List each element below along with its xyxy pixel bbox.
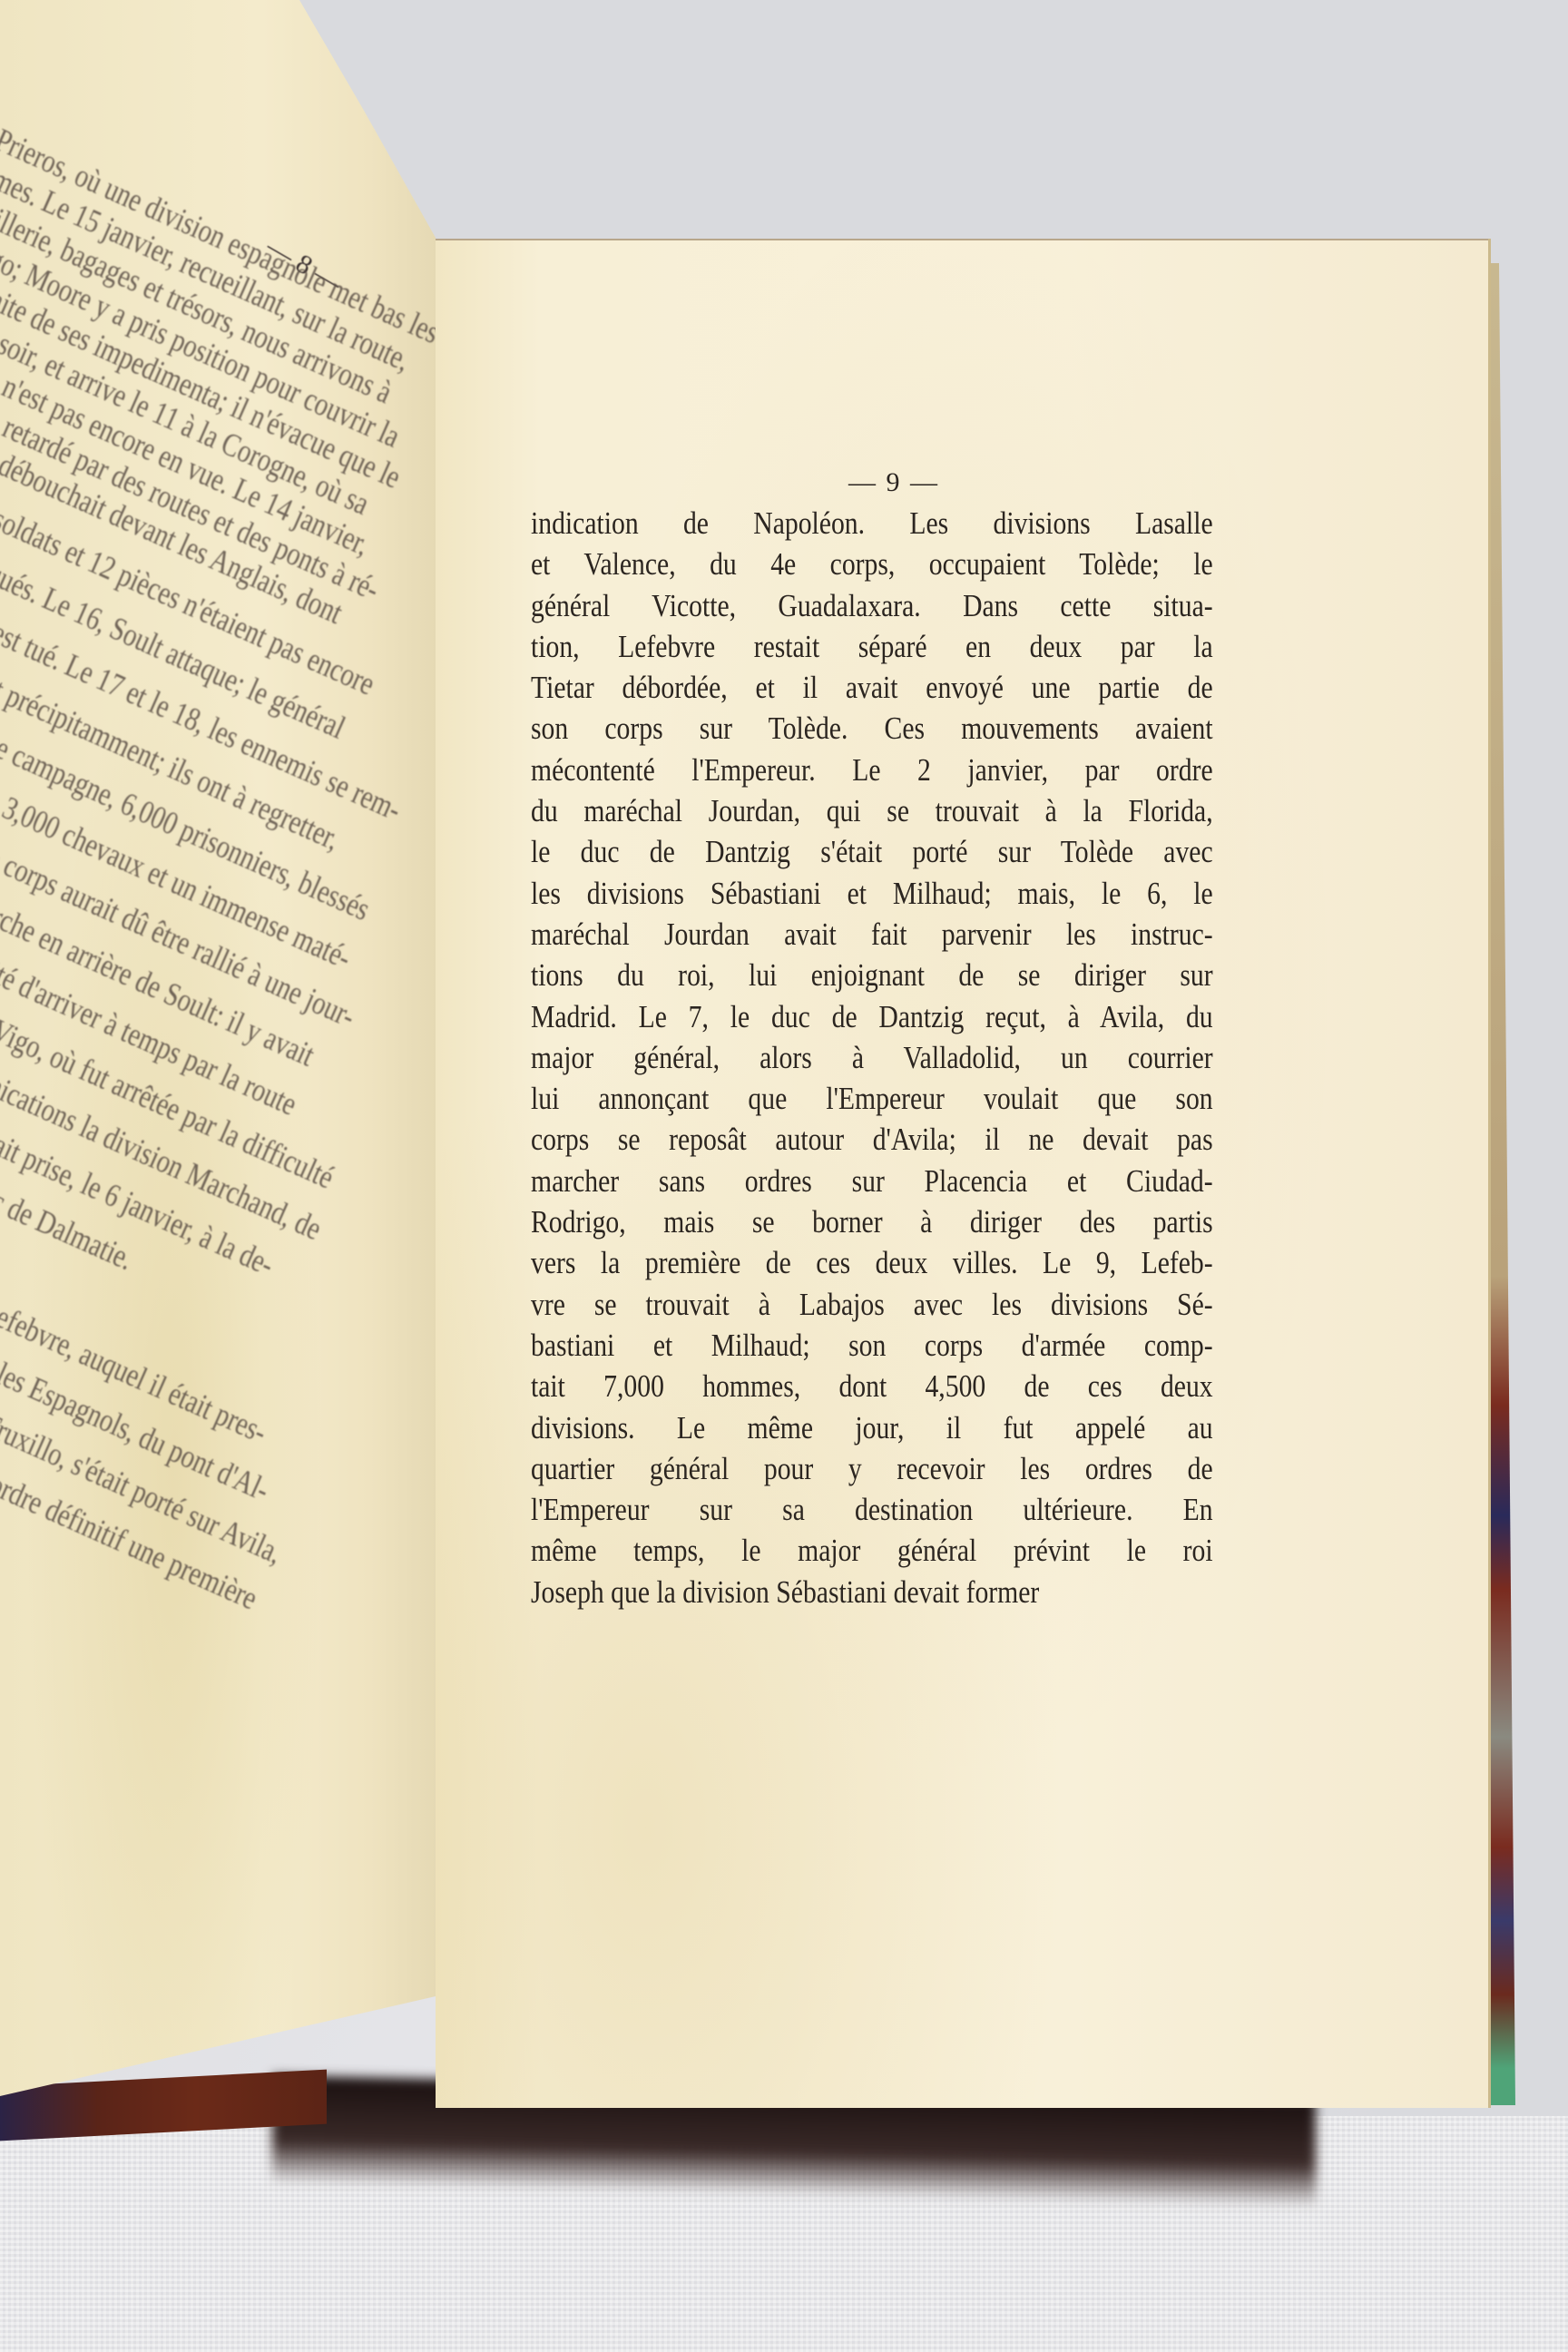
text-line: Tietar débordée, et il avait envoyé une … [531,668,1213,709]
text-line: vre se trouvait à Labajos avec les divis… [531,1285,1213,1326]
text-line: indication de Napoléon. Les divisions La… [531,504,1213,544]
text-line: même temps, le major général prévint le … [531,1531,1213,1572]
left-page: — 8 — à Prieros, où une division espagno… [0,0,436,2096]
text-line: et Valence, du 4e corps, occupaient Tolè… [531,544,1213,585]
text-line: bastiani et Milhaud; son corps d'armée c… [531,1326,1213,1367]
text-line: marcher sans ordres sur Placencia et Ciu… [531,1161,1213,1202]
right-page-number: — 9 — [848,467,939,498]
text-line: tions du roi, lui enjoignant de se dirig… [531,955,1213,996]
text-line: lui annonçant que l'Empereur voulait que… [531,1079,1213,1120]
text-line: quartier général pour y recevoir les ord… [531,1449,1213,1490]
text-line: corps se reposât autour d'Avila; il ne d… [531,1120,1213,1161]
text-line: l'Empereur sur sa destination ultérieure… [531,1490,1213,1531]
text-line: major général, alors à Valladolid, un co… [531,1038,1213,1079]
text-line: son corps sur Tolède. Ces mouvements ava… [531,709,1213,750]
text-line: vers la première de ces deux villes. Le … [531,1243,1213,1284]
text-line: le duc de Dantzig s'était porté sur Tolè… [531,832,1213,873]
text-line: Joseph que la division Sébastiani devait… [531,1573,1213,1613]
text-line: divisions. Le même jour, il fut appelé a… [531,1408,1213,1449]
right-page-text: indication de Napoléon. Les divisions La… [531,504,1213,1613]
text-line: Madrid. Le 7, le duc de Dantzig reçut, à… [531,997,1213,1038]
left-page-text: à Prieros, où une division espagnole met… [0,109,454,1448]
text-line: Rodrigo, mais se borner à diriger des pa… [531,1202,1213,1243]
text-line: tion, Lefebvre restait séparé en deux pa… [531,627,1213,668]
text-line: général Vicotte, Guadalaxara. Dans cette… [531,586,1213,627]
text-line: mécontenté l'Empereur. Le 2 janvier, par… [531,750,1213,791]
text-line: maréchal Jourdan avait fait parvenir les… [531,915,1213,955]
text-line: les divisions Sébastiani et Milhaud; mai… [531,874,1213,915]
text-line: tait 7,000 hommes, dont 4,500 de ces deu… [531,1367,1213,1407]
text-line: du maréchal Jourdan, qui se trouvait à l… [531,791,1213,832]
